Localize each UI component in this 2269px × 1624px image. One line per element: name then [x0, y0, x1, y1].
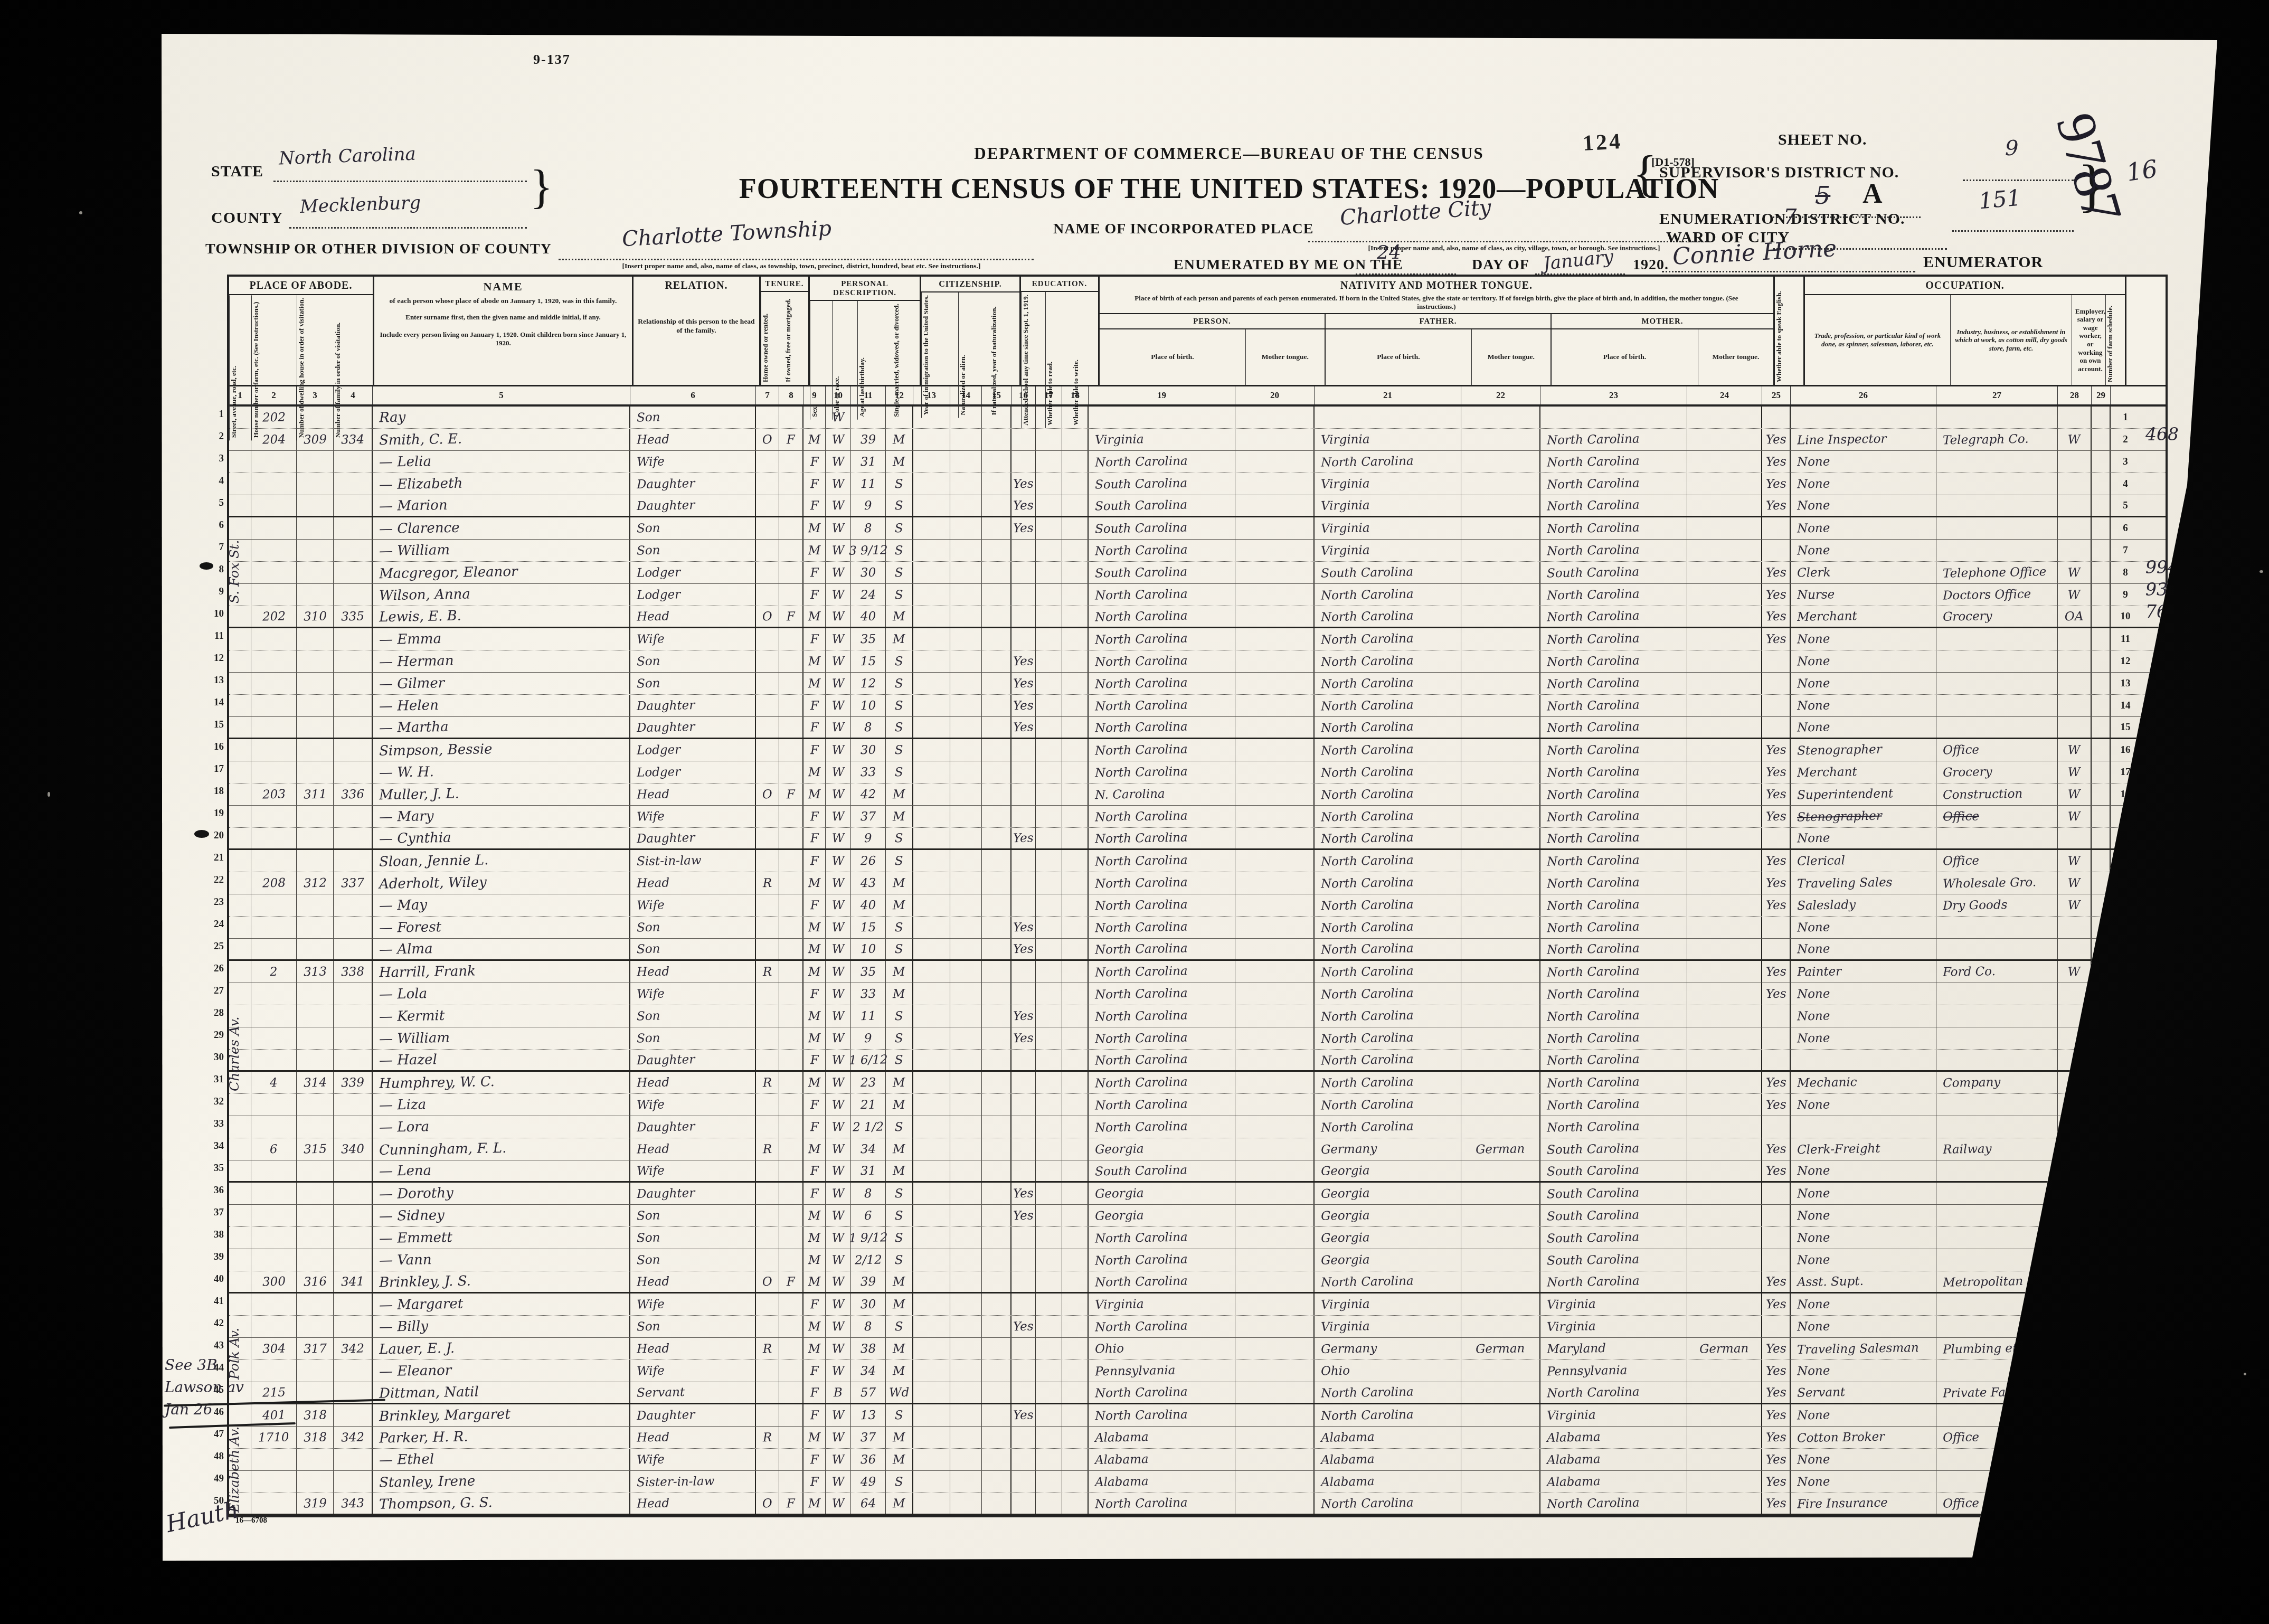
cell-fb: North Carolina [1315, 1094, 1461, 1116]
group-citizenship: CITIZENSHIP. [921, 277, 1019, 292]
cell-mb: North Carolina [1540, 540, 1687, 561]
cell-rel: Son [630, 673, 756, 694]
cell-nm: Lauer, E. J. [373, 1338, 630, 1359]
census-row: — LoraDaughterFW2 1/2SNorth CarolinaNort… [229, 1116, 2166, 1138]
cell-pt [1235, 761, 1315, 783]
cell-pb: North Carolina [1089, 606, 1235, 627]
cell-ms: S [886, 1404, 913, 1426]
cell-na [950, 1227, 982, 1249]
cell-cls: W [2058, 1072, 2092, 1093]
cell-rd [1036, 473, 1062, 495]
cell-rel: Wife [630, 894, 756, 916]
cell-hm [756, 850, 779, 872]
cell-sx: M [803, 1227, 826, 1249]
cell-cls [2058, 517, 2092, 539]
cell-ag: 33 [851, 983, 886, 1005]
cell-sx: F [803, 894, 826, 916]
cell-f [334, 628, 373, 650]
cell-rd [1036, 695, 1062, 716]
cell-im [913, 761, 950, 783]
cell-nm: Lewis, E. B. [373, 606, 630, 627]
col-number: 25 [1762, 386, 1791, 404]
cell-wr [1062, 1116, 1089, 1138]
cell-mg [779, 673, 803, 694]
cell-sc: Yes [1011, 517, 1036, 539]
cell-ms: M [886, 783, 913, 805]
ink-dot [194, 830, 209, 838]
cell-cls [2058, 1316, 2092, 1337]
cell-d: 310 [297, 606, 334, 627]
street-name: Charles Av. [219, 980, 249, 1091]
cell-wr [1062, 739, 1089, 761]
cell-pt [1235, 407, 1315, 428]
cell-cls [2058, 1183, 2092, 1204]
cell-na [950, 673, 982, 694]
cell-pb: North Carolina [1089, 961, 1235, 983]
cell-nm: Sloan, Jennie L. [373, 850, 630, 872]
supervisor-value: 9 [2005, 136, 2018, 160]
cell-mt [1687, 584, 1762, 606]
cell-cl: W [826, 1316, 851, 1337]
cell-ind [1936, 695, 2058, 716]
department-line: DEPARTMENT OF COMMERCE—BUREAU OF THE CEN… [833, 144, 1625, 163]
cell-ms: S [886, 939, 913, 959]
left-line-number: 11 [203, 630, 224, 642]
cell-cls [2058, 695, 2092, 716]
cell-mg [779, 1183, 803, 1204]
cell-sc [1011, 1160, 1036, 1181]
cell-pt [1235, 872, 1315, 894]
cell-rd [1036, 1404, 1062, 1426]
cell-pb: North Carolina [1089, 1271, 1235, 1292]
cell-im [913, 1404, 950, 1426]
cell-f [334, 1227, 373, 1249]
cell-d [297, 650, 334, 672]
cell-st [229, 1183, 251, 1204]
cell-oc: None [1791, 1249, 1936, 1271]
cell-mg [779, 1293, 803, 1315]
census-row: 6315340Cunningham, F. L.HeadRMW34MGeorgi… [229, 1138, 2166, 1160]
cell-sc: Yes [1011, 695, 1036, 716]
cell-ft [1461, 429, 1540, 450]
cell-ind: Grocery [1936, 606, 2058, 627]
cell-wr [1062, 1382, 1089, 1403]
cell-mg [779, 1227, 803, 1249]
cell-hm [756, 540, 779, 561]
name-desc-3: Include every person living on January 1… [374, 328, 632, 349]
cell-mb: Alabama [1540, 1449, 1687, 1470]
cell-rel: Son [630, 650, 756, 672]
cell-oc: Line Inspector [1791, 429, 1936, 450]
cell-f [334, 1293, 373, 1315]
cell-sx: F [803, 473, 826, 495]
cell-rd [1036, 739, 1062, 761]
form-code: 9-137 [533, 52, 571, 68]
cell-fm [2092, 606, 2111, 627]
cell-im [913, 1493, 950, 1514]
col28-header: Employer, salary or wage worker, or work… [2072, 295, 2106, 385]
cell-ms: S [886, 1183, 913, 1204]
cell-ind: Office [1936, 1427, 2058, 1448]
cell-cls [2058, 983, 2092, 1005]
cell-d [297, 473, 334, 495]
cell-nm: Smith, C. E. [373, 429, 630, 450]
line-number: 11 [2111, 628, 2140, 650]
cell-ag: 31 [851, 1160, 886, 1181]
cell-mt [1687, 562, 1762, 583]
cell-mb: North Carolina [1540, 495, 1687, 516]
cell-nm: Thompson, G. S. [373, 1493, 630, 1514]
cell-wr [1062, 1072, 1089, 1093]
cell-sp: Yes [1762, 1493, 1791, 1514]
cell-ag: 10 [851, 695, 886, 716]
cell-wr [1062, 1005, 1089, 1027]
cell-yn [982, 1382, 1011, 1403]
margin-code: 718 [2145, 1488, 2179, 1509]
cell-hm: O [756, 429, 779, 450]
state-line [273, 181, 527, 182]
cell-fm [2092, 1227, 2111, 1249]
cell-h [251, 983, 297, 1005]
cell-na [950, 495, 982, 516]
cell-ft [1461, 1427, 1540, 1448]
cell-sc [1011, 562, 1036, 583]
cell-ind: Plumbing etc. [1936, 1338, 2058, 1359]
cell-mt [1687, 1005, 1762, 1027]
cell-fm [2092, 584, 2111, 606]
col10-header: Color or race. [832, 301, 857, 420]
cell-mt [1687, 650, 1762, 672]
cell-sp [1762, 939, 1791, 959]
cell-mt [1687, 606, 1762, 627]
cell-ind [1936, 983, 2058, 1005]
cell-hm [756, 1316, 779, 1337]
cell-na [950, 517, 982, 539]
census-row: — EmmaWifeFW35MNorth CarolinaNorth Carol… [229, 628, 2166, 650]
cell-st [229, 806, 251, 827]
cell-oc: None [1791, 917, 1936, 938]
cell-pt [1235, 1404, 1315, 1426]
cell-rel: Son [630, 1005, 756, 1027]
cell-f: 341 [334, 1271, 373, 1292]
cell-d: 318 [297, 1427, 334, 1448]
cell-ms: M [886, 606, 913, 627]
cell-na [950, 739, 982, 761]
cell-fb: North Carolina [1315, 1382, 1461, 1403]
cell-nm: — Liza [373, 1094, 630, 1116]
cell-wr [1062, 1404, 1089, 1426]
cell-cls [2058, 717, 2092, 738]
cell-rd [1036, 1471, 1062, 1493]
cell-pb: Alabama [1089, 1471, 1235, 1493]
cell-st [229, 917, 251, 938]
cell-ms: M [886, 1072, 913, 1093]
cell-sx: M [803, 1072, 826, 1093]
col15-header: If naturalized, year of naturalization. [990, 292, 1019, 418]
cell-im [913, 1271, 950, 1292]
cell-fm [2092, 1338, 2111, 1359]
line-number: 25 [2111, 939, 2140, 959]
cell-pt [1235, 1360, 1315, 1382]
cell-na [950, 1293, 982, 1315]
cell-hm [756, 1027, 779, 1049]
cell-ag: 21 [851, 1094, 886, 1116]
cell-pb: Georgia [1089, 1205, 1235, 1226]
cell-rel: Head [630, 606, 756, 627]
cell-h [251, 894, 297, 916]
cell-mg [779, 1050, 803, 1070]
cell-d [297, 1471, 334, 1493]
line-number: 2 [2111, 429, 2140, 450]
census-row: 202310335Lewis, E. B.HeadOFMW40MNorth Ca… [229, 606, 2166, 628]
cell-h [251, 473, 297, 495]
cell-ft [1461, 894, 1540, 916]
cell-cl: W [826, 1138, 851, 1160]
cell-rd [1036, 850, 1062, 872]
cell-mb: South Carolina [1540, 1249, 1687, 1271]
sheet-value: 16 [2125, 154, 2159, 187]
cell-yn [982, 562, 1011, 583]
cell-oc: None [1791, 628, 1936, 650]
cell-hm [756, 806, 779, 827]
cell-cls: W [2058, 584, 2092, 606]
cell-im [913, 628, 950, 650]
cell-cls [2058, 473, 2092, 495]
cell-mg [779, 451, 803, 473]
cell-cl: W [826, 628, 851, 650]
line-number: 47 [2111, 1427, 2140, 1448]
cell-sp: Yes [1762, 628, 1791, 650]
col-number: 7 [756, 386, 779, 404]
left-line-number: 37 [203, 1207, 224, 1219]
cell-sx: F [803, 1183, 826, 1204]
cell-im [913, 650, 950, 672]
cell-cls [2058, 939, 2092, 959]
cell-hm [756, 1005, 779, 1027]
cell-mg [779, 1471, 803, 1493]
cell-oc: None [1791, 1094, 1936, 1116]
cell-sc [1011, 1293, 1036, 1315]
cell-im [913, 584, 950, 606]
cell-na [950, 872, 982, 894]
cell-cl: W [826, 828, 851, 848]
cell-ind [1936, 1360, 2058, 1382]
cell-mg: F [779, 783, 803, 805]
cell-oc: None [1791, 939, 1936, 959]
cell-ag: 11 [851, 473, 886, 495]
cell-d: 312 [297, 872, 334, 894]
cell-pb: South Carolina [1089, 495, 1235, 516]
cell-ft [1461, 1094, 1540, 1116]
cell-fb: North Carolina [1315, 584, 1461, 606]
cell-sc [1011, 1138, 1036, 1160]
cell-mg [779, 1360, 803, 1382]
cell-sp [1762, 1205, 1791, 1226]
line-number: 19 [2111, 806, 2140, 827]
cell-fm [2092, 1293, 2111, 1315]
cell-mb: North Carolina [1540, 1027, 1687, 1049]
cell-mb: North Carolina [1540, 917, 1687, 938]
cell-sx: F [803, 1293, 826, 1315]
cell-pt [1235, 517, 1315, 539]
margin-code: 448 [2145, 890, 2179, 910]
cell-na [950, 1138, 982, 1160]
township-label: TOWNSHIP OR OTHER DIVISION OF COUNTY [205, 241, 552, 258]
cell-h [251, 1360, 297, 1382]
cell-ag: 11 [851, 1005, 886, 1027]
col11-header: Age at last birthday. [857, 301, 892, 420]
cell-oc: None [1791, 1471, 1936, 1493]
cell-h [251, 1050, 297, 1070]
cell-mt [1687, 407, 1762, 428]
cell-d [297, 628, 334, 650]
cell-sx: F [803, 1404, 826, 1426]
cell-mt [1687, 894, 1762, 916]
cell-f [334, 451, 373, 473]
cell-pb: North Carolina [1089, 850, 1235, 872]
cell-pb: Alabama [1089, 1449, 1235, 1470]
cell-sx: F [803, 850, 826, 872]
cell-mb: North Carolina [1540, 1005, 1687, 1027]
cell-sx: M [803, 517, 826, 539]
cell-h [251, 1493, 297, 1514]
cell-pt [1235, 1316, 1315, 1337]
cell-im [913, 473, 950, 495]
cell-fm [2092, 451, 2111, 473]
cell-f: 336 [334, 783, 373, 805]
cell-oc: None [1791, 673, 1936, 694]
cell-fm [2092, 673, 2111, 694]
cell-cl: W [826, 1005, 851, 1027]
cell-ft [1461, 1160, 1540, 1181]
cell-sp: Yes [1762, 1404, 1791, 1426]
cell-mb: North Carolina [1540, 695, 1687, 716]
cell-rd [1036, 1205, 1062, 1226]
line-number: 41 [2111, 1293, 2140, 1315]
cell-pb: North Carolina [1089, 828, 1235, 848]
cell-cl: W [826, 451, 851, 473]
cell-ag: 8 [851, 1183, 886, 1204]
cell-st [229, 1227, 251, 1249]
cell-oc: None [1791, 1360, 1936, 1382]
cell-ind [1936, 517, 2058, 539]
cell-nm: — Herman [373, 650, 630, 672]
cell-rd [1036, 1072, 1062, 1093]
cell-nm: — Mary [373, 806, 630, 827]
cell-rd [1036, 983, 1062, 1005]
cell-mb: North Carolina [1540, 894, 1687, 916]
col29-header: Number of farm schedule. [2106, 295, 2125, 385]
cell-mg: F [779, 429, 803, 450]
cell-mt [1687, 1249, 1762, 1271]
cell-hm [756, 1116, 779, 1138]
margin-scrawl: 9787 [2044, 106, 2135, 230]
cell-rd [1036, 1094, 1062, 1116]
cell-pb: North Carolina [1089, 1116, 1235, 1138]
cell-fm [2092, 1404, 2111, 1426]
cell-mb: North Carolina [1540, 429, 1687, 450]
cell-h: 215 [251, 1382, 297, 1403]
cell-fb: Georgia [1315, 1227, 1461, 1249]
cell-h [251, 761, 297, 783]
cell-mt [1687, 1183, 1762, 1204]
cell-mg [779, 717, 803, 738]
census-row: 319343Thompson, G. S.HeadOFMW64MNorth Ca… [229, 1493, 2166, 1515]
cell-im [913, 695, 950, 716]
cell-ag: 33 [851, 761, 886, 783]
line-number: 9 [2111, 584, 2140, 606]
cell-d [297, 1205, 334, 1226]
margin-code: 999 [2145, 734, 2179, 755]
cell-hm: R [756, 1427, 779, 1448]
cell-pt [1235, 1493, 1315, 1514]
line-number: 10 [2111, 606, 2140, 627]
cell-rd [1036, 917, 1062, 938]
cell-nm: Parker, H. R. [373, 1427, 630, 1448]
cell-rd [1036, 806, 1062, 827]
cell-yn [982, 1027, 1011, 1049]
cell-ms: S [886, 1471, 913, 1493]
cell-sp [1762, 1050, 1791, 1070]
cell-ag: 12 [851, 673, 886, 694]
cell-sp [1762, 1249, 1791, 1271]
cell-pt [1235, 783, 1315, 805]
cell-mt [1687, 1293, 1762, 1315]
cell-sx: F [803, 1160, 826, 1181]
margin-code: 13 [2145, 801, 2168, 822]
cell-im [913, 1183, 950, 1204]
line-number: 14 [2111, 695, 2140, 716]
census-row: — BillySonMW8SYesNorth CarolinaVirginiaV… [229, 1316, 2166, 1338]
cell-im [913, 1005, 950, 1027]
cell-pt [1235, 1271, 1315, 1292]
cell-yn [982, 517, 1011, 539]
cell-h: 304 [251, 1338, 297, 1359]
cell-ind: Wholesale Gro. [1936, 872, 2058, 894]
cell-sc: Yes [1011, 495, 1036, 516]
cell-nm: — Emmett [373, 1227, 630, 1249]
cell-cl: W [826, 1338, 851, 1359]
cell-sc [1011, 1116, 1036, 1138]
cell-wr [1062, 695, 1089, 716]
cell-ft [1461, 650, 1540, 672]
cell-mb: Virginia [1540, 1404, 1687, 1426]
cell-sp [1762, 917, 1791, 938]
microfilm-background: 9-137 DEPARTMENT OF COMMERCE—BUREAU OF T… [0, 0, 2269, 1624]
cell-wr [1062, 517, 1089, 539]
cell-mb: North Carolina [1540, 783, 1687, 805]
line-number: 49 [2111, 1471, 2140, 1493]
cell-ft [1461, 584, 1540, 606]
cell-nm: Harrill, Frank [373, 961, 630, 983]
cell-f: 342 [334, 1427, 373, 1448]
cell-sp: Yes [1762, 894, 1791, 916]
cell-pb: North Carolina [1089, 917, 1235, 938]
cell-pt [1235, 1382, 1315, 1403]
census-row: — DorothyDaughterFW8SYesGeorgiaGeorgiaSo… [229, 1183, 2166, 1205]
cell-oc: Clerical [1791, 850, 1936, 872]
cell-rel: Daughter [630, 473, 756, 495]
cell-ag: 10 [851, 939, 886, 959]
cell-cls [2058, 1005, 2092, 1027]
col7-header: Home owned or rented. [761, 292, 784, 385]
cell-na [950, 1271, 982, 1292]
cell-nm: Muller, J. L. [373, 783, 630, 805]
ward-value: 7 [1783, 205, 1797, 229]
census-row: 401318Brinkley, MargaretDaughterFW13SYes… [229, 1404, 2166, 1427]
cell-nm: — Vann [373, 1249, 630, 1271]
col-number: 22 [1461, 386, 1540, 404]
